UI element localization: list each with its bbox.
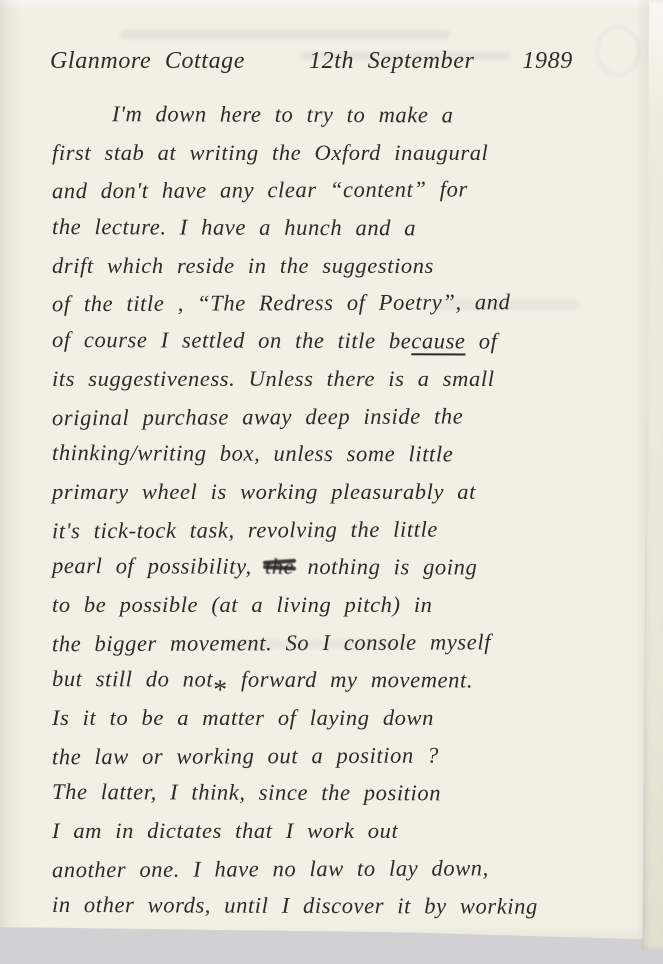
manuscript-line: in other words, until I discover it by w… (52, 886, 619, 926)
manuscript-segment: original purchase away deep inside the (52, 403, 463, 430)
header-location: Glanmore Cottage (50, 48, 245, 74)
manuscript-segment: drift which reside in the suggestions (52, 253, 434, 278)
manuscript-segment: and don't have any clear “content” for (52, 177, 468, 204)
manuscript-segment: primary wheel is working pleasurably at (52, 479, 476, 504)
manuscript-segment: in other words, until I discover it by w… (52, 892, 538, 919)
manuscript-segment-scribble: the (265, 548, 294, 586)
manuscript-segment: the bigger movement. So I console myself (52, 629, 491, 656)
manuscript-segment: it's tick-tock task, revolving the littl… (52, 516, 438, 543)
manuscript-line: another one. I have no law to lay down, (52, 849, 619, 889)
manuscript-segment: I'm down here to try to make a (112, 101, 454, 127)
manuscript-segment: of (466, 329, 498, 354)
manuscript-segment-underline: cause (411, 328, 465, 353)
manuscript-segment: I am in dictates that I work out (52, 818, 398, 843)
manuscript-line: original purchase away deep inside the (52, 396, 619, 436)
manuscript-segment: forward my movement. (228, 667, 473, 693)
manuscript-line: and don't have any clear “content” for (52, 170, 619, 210)
manuscript-line: thinking/writing box, unless some little (52, 434, 619, 474)
manuscript-segment: pearl of possibility, (52, 553, 265, 579)
manuscript-line: of the title , “The Redress of Poetry”, … (52, 283, 619, 323)
manuscript-line: of course I settled on the title because… (52, 321, 619, 361)
manuscript-segment: its suggestiveness. Unless there is a sm… (52, 366, 495, 391)
manuscript-segment: thinking/writing box, unless some little (52, 440, 453, 466)
manuscript-segment: of the title , “The Redress of Poetry”, … (52, 290, 511, 317)
manuscript-line: its suggestiveness. Unless there is a sm… (52, 360, 619, 398)
manuscript-line: the law or working out a position ? (52, 735, 619, 775)
photo-background: Glanmore Cottage12th September1989 I'm d… (0, 0, 663, 964)
manuscript-segment: to be possible (at a living pitch) in (52, 592, 433, 617)
manuscript-segment: Is it to be a matter of laying down (52, 705, 434, 730)
manuscript-line: the lecture. I have a hunch and a (52, 208, 619, 248)
manuscript-segment: nothing is going (294, 554, 477, 580)
manuscript-line: primary wheel is working pleasurably at (52, 473, 619, 511)
show-through-writing (120, 30, 450, 39)
manuscript-line: it's tick-tock task, revolving the littl… (52, 509, 619, 549)
header-year: 1989 (522, 48, 572, 74)
manuscript-line: The latter, I think, since the position (52, 773, 619, 813)
show-through-circle-mark (596, 26, 640, 76)
manuscript-line: but still do not* forward my movement. (52, 660, 619, 700)
manuscript-line: I am in dictates that I work out (52, 812, 619, 850)
manuscript-header: Glanmore Cottage12th September1989 (50, 48, 573, 75)
manuscript-segment: the law or working out a position ? (52, 742, 439, 769)
manuscript-line: the bigger movement. So I console myself (52, 622, 619, 662)
manuscript-line: first stab at writing the Oxford inaugur… (52, 134, 619, 172)
manuscript-line: Is it to be a matter of laying down (52, 699, 619, 737)
manuscript-line: I'm down here to try to make a (52, 95, 619, 135)
manuscript-line: drift which reside in the suggestions (52, 247, 619, 285)
manuscript-line: pearl of possibility, the nothing is goi… (52, 547, 619, 587)
manuscript-segment: first stab at writing the Oxford inaugur… (52, 140, 488, 165)
manuscript-segment: of course I settled on the title be (52, 327, 411, 353)
manuscript-body: I'm down here to try to make afirst stab… (52, 96, 619, 925)
header-date: 12th September (309, 48, 474, 74)
manuscript-page: Glanmore Cottage12th September1989 I'm d… (0, 0, 649, 943)
manuscript-segment: the lecture. I have a hunch and a (52, 214, 416, 240)
manuscript-line: to be possible (at a living pitch) in (52, 586, 619, 624)
manuscript-segment: The latter, I think, since the position (52, 779, 441, 805)
manuscript-segment: another one. I have no law to lay down, (52, 855, 489, 882)
manuscript-segment: but still do not (52, 666, 213, 692)
